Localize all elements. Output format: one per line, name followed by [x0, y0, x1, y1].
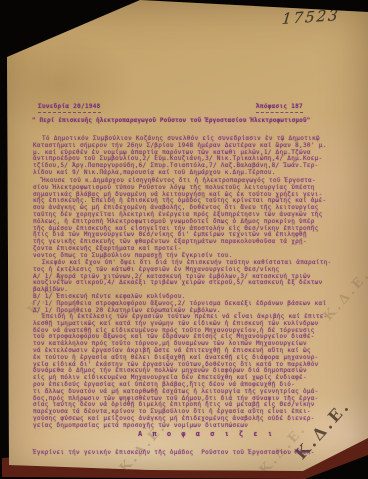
subject-line: " Περί ἐπισκευῆς ἠλεκτροπαραγωγοῦ Ροῦστο…	[32, 118, 366, 125]
paragraph-council-intro: Τό Δημοτικόν Συμβούλιον Κοζάνης συνελθόν…	[33, 136, 367, 177]
archive-number-handwritten: 17523	[281, 6, 340, 28]
scanned-document-photo: Κ.Δ.Ε. Κ.Δ.Ε. Κ.Δ.Ε. Κ.Δ.Ε. Κ.Δ.Ε. 17523…	[0, 0, 368, 479]
document-paper: Κ.Δ.Ε. Κ.Δ.Ε. Κ.Δ.Ε. Κ.Δ.Ε. Κ.Δ.Ε. 17523…	[0, 0, 368, 479]
decides-heading: Α π ο φ α σ ι ζ ε ι	[138, 431, 275, 438]
paragraph-deliberation: Ἐπειδή ἡ ἐκτέλεσις τῶν ἐργασιῶν τούτων π…	[33, 314, 367, 430]
decision-text: Ἐγκρίνει τήν γενικήν ἐπισκευήν τῆς ὁμάδο…	[33, 450, 367, 457]
session-label: Συνεδρία 20/1948	[38, 104, 101, 113]
decision-number-label: Ἀπόφασις 187	[256, 104, 303, 113]
paragraph-works-list: Σκεψάν καί ἔχον ὑπ' ὄψει ὅτι διά τήν ἐπι…	[33, 260, 367, 314]
paragraph-mayor-report: Ἤκουσε τοῦ κ.Δημάρχου εἰσηγηθέντος ὅτι ἡ…	[33, 178, 367, 260]
